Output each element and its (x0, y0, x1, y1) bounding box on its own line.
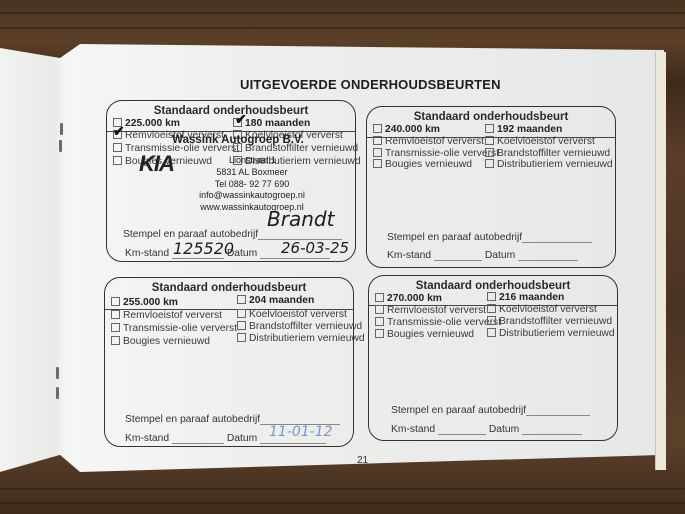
km-option[interactable]: 270.000 km (375, 293, 442, 304)
checkbox-icon (113, 156, 122, 165)
stamp-sign-line: Stempel en paraaf autobedrijf (387, 232, 592, 243)
checkbox-icon (487, 292, 496, 301)
page-number: 21 (357, 455, 368, 466)
checkbox-icon (375, 293, 384, 302)
checkbox-icon (487, 328, 496, 337)
wood-grain (0, 27, 685, 29)
handwritten-signature: Brandt (267, 207, 334, 231)
item-left-3[interactable]: Bougies vernieuwd (111, 336, 210, 347)
checkbox-icon (113, 143, 122, 152)
checkbox-icon (487, 304, 496, 313)
checkbox-icon (237, 321, 246, 330)
checkbox-icon (485, 124, 494, 133)
km-option[interactable]: 240.000 km (373, 124, 440, 135)
item-left-1[interactable]: Remvloeistof ververst (373, 136, 484, 147)
item-right-2[interactable]: Brandstoffilter vernieuwd (485, 148, 610, 159)
dealer-stamp: Wassink Autogroep B.V. (163, 135, 313, 147)
staple (56, 387, 59, 399)
checkbox-icon (111, 336, 120, 345)
months-option[interactable]: 204 maanden (237, 295, 314, 306)
item-right-2[interactable]: Brandstoffilter vernieuwd (237, 321, 362, 332)
checkbox-icon (375, 305, 384, 314)
item-right-1[interactable]: Koelvloeistof ververst (485, 136, 595, 147)
staple (60, 123, 63, 135)
checkbox-icon (373, 124, 382, 133)
item-left-1[interactable]: Remvloeistof ververst (111, 310, 222, 321)
card-heading: Standaard onderhoudsbeurt (105, 282, 353, 294)
staple (56, 367, 59, 379)
checkbox-icon (375, 317, 384, 326)
service-card-2: Standaard onderhoudsbeurt 240.000 km 192… (366, 106, 616, 268)
checkbox-icon (237, 333, 246, 342)
wood-grain (0, 12, 685, 14)
checkmark-icon: ✔ (113, 123, 125, 140)
checkbox-icon (373, 159, 382, 168)
checkbox-icon (111, 297, 120, 306)
service-card-1: Standaard onderhoudsbeurt 225.000 km 180… (106, 100, 356, 262)
item-right-1[interactable]: Koelvloeistof ververst (487, 304, 597, 315)
months-option[interactable]: 216 maanden (487, 292, 564, 303)
item-right-3[interactable]: Distributieriem vernieuwd (485, 159, 613, 170)
checkbox-icon (373, 136, 382, 145)
checkbox-icon (487, 316, 496, 325)
checkbox-icon (237, 295, 246, 304)
service-card-4: Standaard onderhoudsbeurt 270.000 km 216… (368, 275, 618, 441)
checkbox-icon (237, 309, 246, 318)
km-date-line: Km-stand Datum (387, 250, 578, 261)
staple (59, 140, 62, 152)
stamp-sign-line: Stempel en paraaf autobedrijf (391, 405, 590, 416)
card-heading: Standaard onderhoudsbeurt (367, 111, 615, 123)
item-left-1[interactable]: Remvloeistof ververst (375, 305, 486, 316)
service-card-3: Standaard onderhoudsbeurt 255.000 km 204… (104, 277, 354, 447)
item-left-2[interactable]: Transmissie-olie ververst (111, 323, 237, 334)
checkbox-icon (111, 323, 120, 332)
page-stack-edge (655, 52, 666, 470)
item-left-3[interactable]: Bougies vernieuwd (375, 329, 474, 340)
checkbox-icon (111, 310, 120, 319)
wood-grain (0, 502, 685, 504)
page-title: UITGEVOERDE ONDERHOUDSBEURTEN (240, 77, 501, 92)
item-left-2[interactable]: Transmissie-olie ververst (375, 317, 501, 328)
stamp-street: Lionstraat 1 (229, 155, 276, 167)
handwritten-date: 26-03-25 (281, 239, 349, 257)
item-right-1[interactable]: Koelvloeistof ververst (237, 309, 347, 320)
item-left-3[interactable]: Bougies vernieuwd (373, 159, 472, 170)
checkbox-icon (373, 148, 382, 157)
wood-grain (0, 488, 685, 490)
checkmark-icon: ✔ (235, 111, 247, 128)
handwritten-date: 11-01-12 (269, 424, 333, 440)
handwritten-km: 125520 (173, 239, 234, 258)
months-option[interactable]: 192 maanden (485, 124, 562, 135)
km-option[interactable]: 255.000 km (111, 297, 178, 308)
checkbox-icon (485, 148, 494, 157)
item-right-2[interactable]: Brandstoffilter vernieuwd (487, 316, 612, 327)
item-right-3[interactable]: Distributieriem vernieuwd (487, 328, 615, 339)
checkbox-icon (485, 159, 494, 168)
checkbox-icon (375, 329, 384, 338)
card-heading: Standaard onderhoudsbeurt (369, 280, 617, 292)
item-left-2[interactable]: Transmissie-olie ververst (373, 148, 499, 159)
item-right-3[interactable]: Distributieriem vernieuwd (237, 333, 365, 344)
checkbox-icon (485, 136, 494, 145)
km-date-line: Km-stand Datum (391, 424, 582, 435)
card-heading: Standaard onderhoudsbeurt (107, 105, 355, 117)
